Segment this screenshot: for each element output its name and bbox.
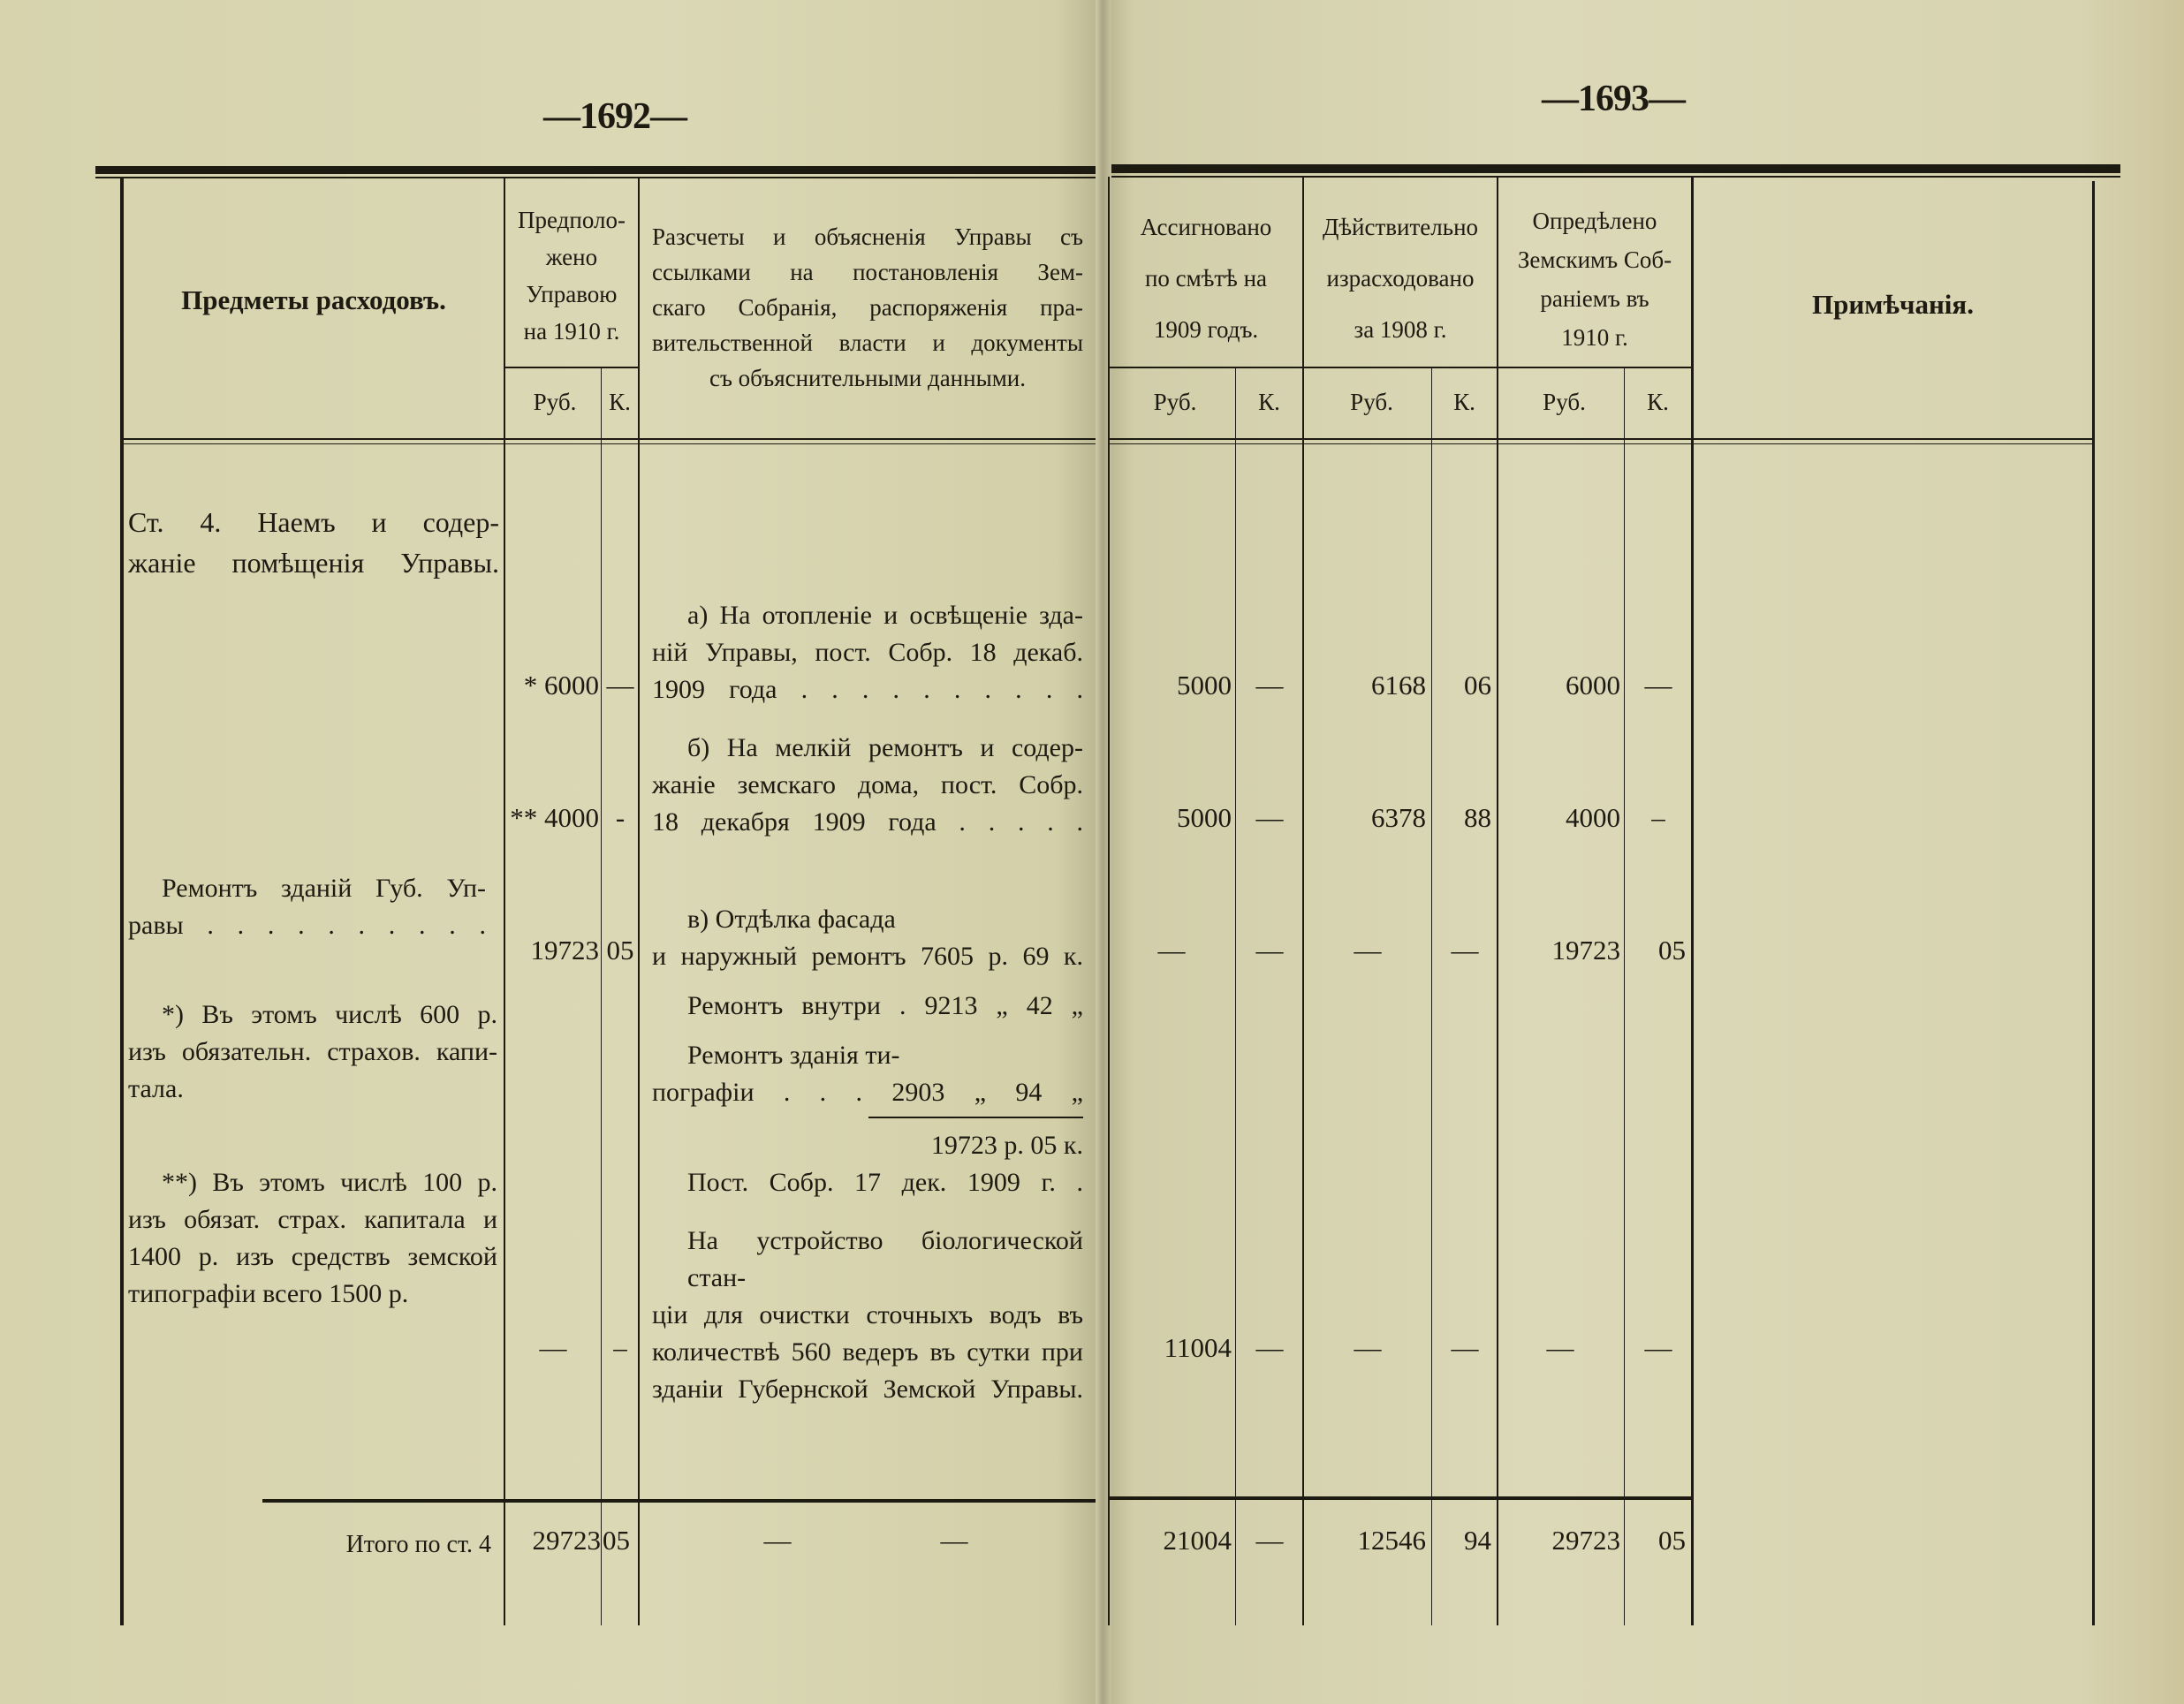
determined-kop-label: К. [1625,384,1691,420]
row-bio-assigned-rub: 11004 [1110,1332,1232,1364]
assigned-rub-label: Руб. [1122,384,1228,420]
actual-rub-label: Руб. [1316,384,1427,420]
subheader-rule-proposed [505,367,638,368]
row-a-assigned-kop: — [1237,670,1302,701]
row-v-actual-kop: — [1433,935,1497,966]
repair-title-line: Ремонтъ зданій Губ. Уп- [128,870,486,907]
footnote-1-line: *) Въ этомъ числѣ 600 р. [128,996,497,1034]
row-b-assigned-rub: 5000 [1110,802,1232,834]
right-inner-border [1108,177,1110,1625]
row-b-actual-kop: 88 [1433,802,1491,834]
determined-rub-label: Руб. [1509,384,1619,420]
top-thin-rule-left [95,177,1096,178]
header-notes: Примѣчанія. [1694,287,2092,322]
total-actual-kop: 94 [1433,1525,1491,1556]
row-b-explanation-line: 18 декабря 1909 года . . . . . [652,804,1083,841]
header-determined-line: Земскимъ Соб- [1498,240,1691,279]
row-v-explanation: в) Отдѣлка фасада и наружный ремонтъ 760… [652,901,1083,1201]
total-proposed-rub: 29723 [507,1525,601,1556]
top-thick-rule-right [1111,164,2120,173]
article-title: Ст. 4. Наемъ и содер- жаніе помѣщенія Уп… [128,502,499,583]
row-bio-explanation: На устройство біологической стан- ціи дл… [652,1223,1083,1408]
total-assigned-rub: 21004 [1110,1525,1232,1556]
row-bio-explanation-line: ціи для очистки сточныхъ водъ въ [652,1297,1083,1334]
header-proposed-line: Управою [505,276,638,313]
header-explanations-line: Разсчеты и объясненія Управы съ [652,219,1083,254]
row-b-explanation-line: жаніе земскаго дома, пост. Собр. [652,767,1083,804]
header-determined-line: раніемъ въ [1498,279,1691,318]
row-v-explanation-line: 19723 р. 05 к. [652,1127,1083,1164]
row-bio-proposed-kop: – [603,1332,638,1364]
row-b-proposed-rub: ** 4000 [507,802,599,834]
top-thick-rule-left [95,166,1096,174]
article-title-line: жаніе помѣщенія Управы. [128,542,499,583]
proposed-kop-label: К. [602,384,638,420]
total-actual-rub: 12546 [1304,1525,1426,1556]
row-b-explanation-line: б) На мелкій ремонтъ и содер- [652,730,1083,767]
totals-rule-left [262,1499,1096,1503]
total-explanation-dash-2: — [928,1525,981,1556]
header-assigned-line: 1909 годъ. [1110,304,1302,355]
total-determined-rub: 29723 [1498,1525,1620,1556]
header-bottom-rule-left-2 [120,443,1096,444]
header-actual-line: израсходовано [1304,253,1497,304]
header-proposed: Предполо- жено Управою на 1910 г. [505,201,638,350]
col-divider-explanations [638,177,640,1625]
header-actual-line: за 1908 г. [1304,304,1497,355]
col-divider-determined-kop [1624,367,1625,1625]
right-outer-border [2092,181,2095,1625]
footnote-1-line: тала. [128,1071,497,1108]
actual-kop-label: К. [1432,384,1497,420]
header-actual-line: Дѣйствительно [1304,201,1497,253]
header-items: Предметы расходовъ. [124,283,504,318]
top-thin-rule-right [1111,176,2120,178]
row-v-explanation-line: и наружный ремонтъ 7605 р. 69 к. [652,938,1083,975]
header-assigned-line: Ассигновано [1110,201,1302,253]
header-proposed-line: Предполо- [505,201,638,239]
row-bio-actual-rub: — [1304,1332,1431,1364]
row-b-proposed-kop: - [603,802,638,834]
col-divider-proposed-kop [601,367,602,1625]
row-a-explanation-line: ній Управы, пост. Собр. 18 декаб. [652,634,1083,671]
footnote-2-line: типографіи всего 1500 р. [128,1276,497,1313]
row-b-actual-rub: 6378 [1304,802,1426,834]
row-v-explanation-line: пографіи . . . 2903 „ 94 „ [652,1074,1083,1111]
row-a-explanation-line: а) На отопленіе и освѣщеніе зда- [652,597,1083,634]
row-a-actual-rub: 6168 [1304,670,1426,701]
total-assigned-kop: — [1237,1525,1302,1556]
row-a-explanation: а) На отопленіе и освѣщеніе зда- ній Упр… [652,597,1083,708]
header-bottom-rule-left-1 [120,438,1096,440]
col-divider-actual-kop [1431,367,1432,1625]
row-v-actual-rub: — [1304,935,1431,966]
row-v-determined-kop: 05 [1626,935,1686,966]
header-determined-line: 1910 г. [1498,318,1691,357]
footnote-2-line: изъ обязат. страх. капитала и [128,1201,497,1238]
footnote-1-line: изъ обязательн. страхов. капи- [128,1034,497,1071]
row-bio-determined-rub: — [1498,1332,1622,1364]
row-a-proposed-rub: * 6000 [507,670,599,701]
total-determined-kop: 05 [1626,1525,1686,1556]
header-explanations-line: съ объяснительными данными. [652,360,1083,396]
col-divider-notes [1691,177,1694,1625]
header-explanations-line: вительственной власти и документы [652,325,1083,360]
totals-rule-right [1110,1496,1691,1500]
row-v-assigned-rub: — [1110,935,1233,966]
col-divider-assigned-kop [1235,367,1236,1625]
repair-title: Ремонтъ зданій Губ. Уп- равы . . . . . .… [128,870,486,944]
row-v-determined-rub: 19723 [1498,935,1620,966]
left-outer-border [120,177,124,1625]
col-divider-proposed [504,177,505,1625]
row-bio-actual-kop: — [1433,1332,1497,1364]
row-b-determined-kop: – [1626,802,1691,834]
row-a-actual-kop: 06 [1433,670,1491,701]
row-v-explanation-line: Ремонтъ зданія ти- [652,1037,1083,1074]
total-proposed-kop: 05 [603,1525,638,1556]
row-v-explanation-line: Ремонтъ внутри . 9213 „ 42 „ [652,988,1083,1025]
article-title-line: Ст. 4. Наемъ и содер- [128,502,499,542]
header-explanations-line: скаго Собранія, распоряженія пра- [652,290,1083,325]
row-v-assigned-kop: — [1237,935,1302,966]
row-a-assigned-rub: 5000 [1110,670,1232,701]
header-determined: Опредѣлено Земскимъ Соб- раніемъ въ 1910… [1498,201,1691,357]
total-explanation-dash-1: — [751,1525,804,1556]
row-bio-determined-kop: — [1626,1332,1691,1364]
row-b-explanation: б) На мелкій ремонтъ и содер- жаніе земс… [652,730,1083,841]
repair-title-line: равы . . . . . . . . . . [128,907,486,944]
col-divider-actual [1302,177,1304,1625]
header-bottom-rule-right-2 [1110,443,2094,444]
header-assigned: Ассигновано по смѣтѣ на 1909 годъ. [1110,201,1302,355]
row-a-determined-rub: 6000 [1498,670,1620,701]
row-b-determined-rub: 4000 [1498,802,1620,834]
header-explanations: Разсчеты и объясненія Управы съ ссылками… [652,219,1083,396]
row-v-proposed-rub: 19723 [507,935,599,966]
header-assigned-line: по смѣтѣ на [1110,253,1302,304]
col-divider-determined [1497,177,1498,1625]
row-v-explanation-line: в) Отдѣлка фасада [652,901,1083,938]
header-explanations-line: ссылками на постановленія Зем- [652,254,1083,290]
row-v-proposed-kop: 05 [603,935,638,966]
proposed-rub-label: Руб. [519,384,590,420]
header-determined-line: Опредѣлено [1498,201,1691,240]
footnote-2-line: **) Въ этомъ числѣ 100 р. [128,1164,497,1201]
row-b-assigned-kop: — [1237,802,1302,834]
row-bio-explanation-line: количествѣ 560 ведеръ въ сутки при [652,1334,1083,1371]
row-a-determined-kop: — [1626,670,1691,701]
row-a-proposed-kop: — [603,670,638,701]
left-page-number: —1692— [543,95,686,138]
total-label: Итого по ст. 4 [265,1526,491,1564]
header-bottom-rule-right-1 [1110,438,2094,440]
row-v-explanation-line: Пост. Собр. 17 дек. 1909 г. . [652,1164,1083,1201]
row-bio-proposed-rub: — [507,1332,599,1364]
assigned-kop-label: К. [1236,384,1302,420]
header-proposed-line: жено [505,239,638,276]
row-bio-explanation-line: зданіи Губернской Земской Управы. [652,1371,1083,1408]
footnote-2: **) Въ этомъ числѣ 100 р. изъ обязат. ст… [128,1164,497,1313]
row-a-explanation-line: 1909 года . . . . . . . . . . [652,671,1083,708]
subtotal-rule [868,1117,1083,1118]
subheader-rule-right [1110,367,1691,368]
footnote-2-line: 1400 р. изъ средствъ земской [128,1238,497,1276]
row-bio-assigned-kop: — [1237,1332,1302,1364]
footnote-1: *) Въ этомъ числѣ 600 р. изъ обязательн.… [128,996,497,1108]
header-actual: Дѣйствительно израсходовано за 1908 г. [1304,201,1497,355]
right-page-number: —1693— [1542,78,1685,120]
header-proposed-line: на 1910 г. [505,313,638,350]
row-bio-explanation-line: На устройство біологической стан- [652,1223,1083,1297]
